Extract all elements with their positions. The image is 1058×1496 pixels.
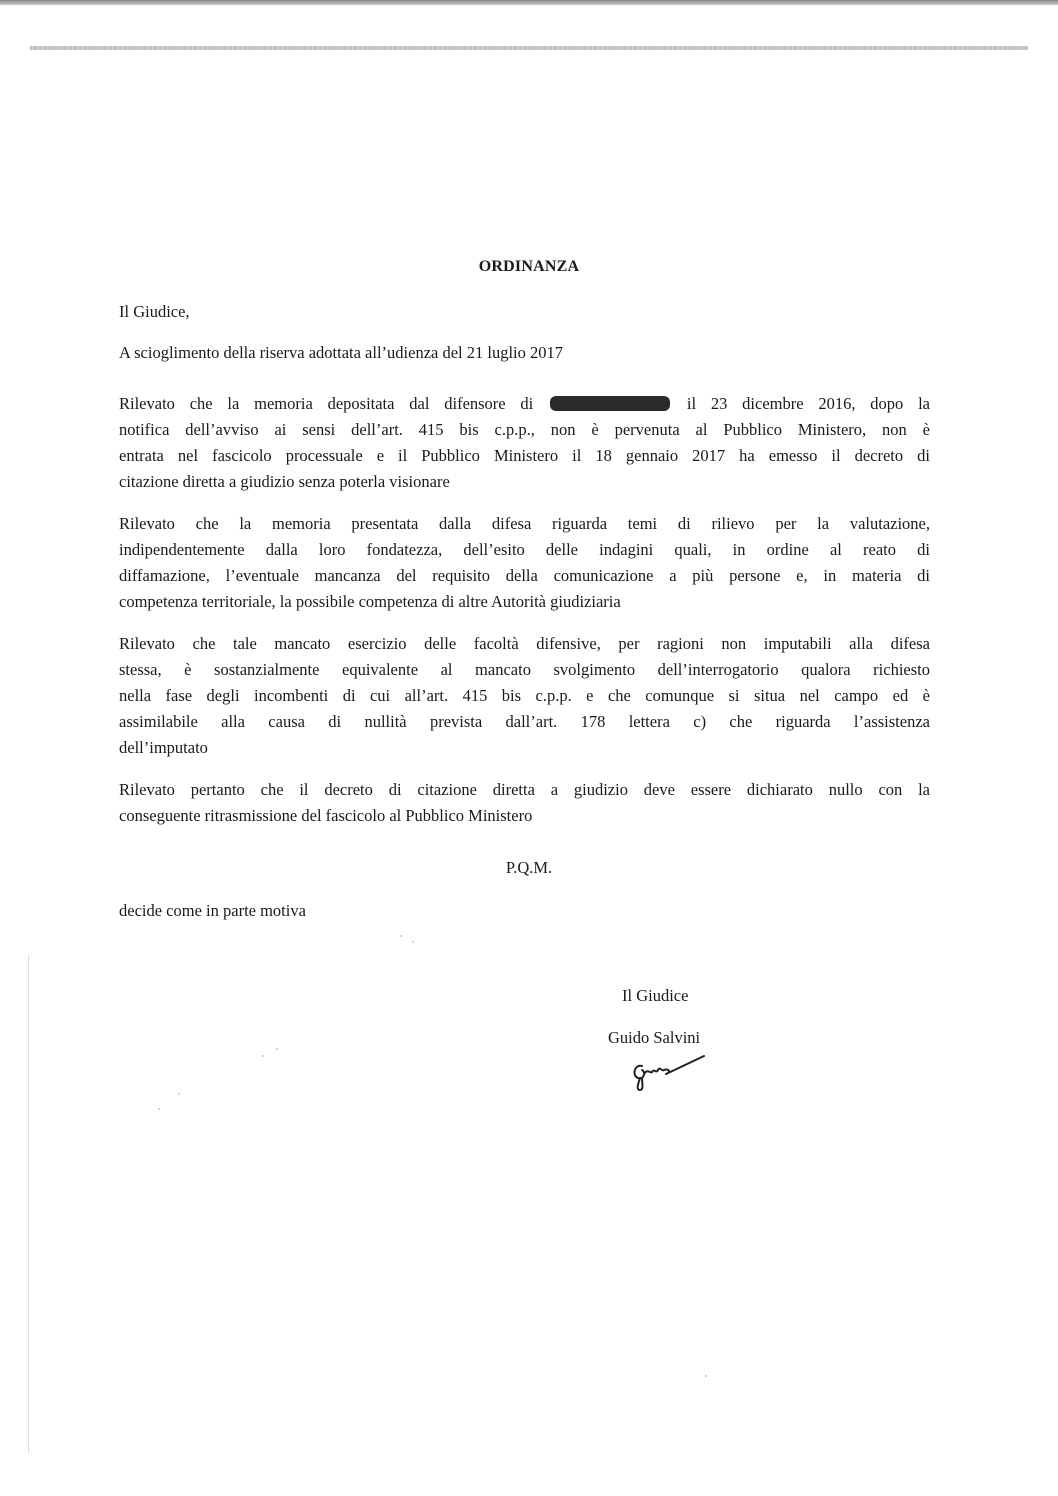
intro-line: A scioglimento della riserva adottata al… [119,343,563,363]
paragraph-2-line-3: diffamazione, l’eventuale mancanza del r… [119,566,930,586]
scan-left-edge [28,955,29,1453]
scan-artifact-band [30,46,1028,50]
paragraph-1-text-before: Rilevato che la memoria depositata dal d… [119,394,533,413]
signature-role: Il Giudice [622,986,688,1006]
paragraph-1-line-1: Rilevato che la memoria depositata dal d… [119,394,930,414]
paragraph-1-text-after: il 23 dicembre 2016, dopo la [687,394,930,413]
paragraph-3-line-1: Rilevato che tale mancato esercizio dell… [119,634,930,654]
paragraph-1-line-3: entrata nel fascicolo processuale e il P… [119,446,930,466]
paragraph-4-line-1: Rilevato pertanto che il decreto di cita… [119,780,930,800]
paragraph-2-line-4: competenza territoriale, la possibile co… [119,592,621,612]
salutation: Il Giudice, [119,302,190,322]
paragraph-3-line-5: dell’imputato [119,738,208,758]
handwritten-signature-icon [628,1052,712,1094]
document-title: ORDINANZA [0,258,1058,276]
paragraph-1-line-4: citazione diretta a giudizio senza poter… [119,472,450,492]
paragraph-3-line-2: stessa, è sostanzialmente equivalente al… [119,660,930,680]
redacted-name [550,396,670,411]
decision-line: decide come in parte motiva [119,901,306,921]
signature-name: Guido Salvini [608,1028,700,1048]
paragraph-2-line-2: indipendentemente dalla loro fondatezza,… [119,540,930,560]
paragraph-4-line-2: conseguente ritrasmissione del fascicolo… [119,806,532,826]
pqm-heading: P.Q.M. [0,858,1058,878]
scan-top-edge [0,0,1058,5]
paragraph-3-line-3: nella fase degli incombenti di cui all’a… [119,686,930,706]
paragraph-2-line-1: Rilevato che la memoria presentata dalla… [119,514,930,534]
paragraph-3-line-4: assimilabile alla causa di nullità previ… [119,712,930,732]
paragraph-1-line-2: notifica dell’avviso ai sensi dell’art. … [119,420,930,440]
